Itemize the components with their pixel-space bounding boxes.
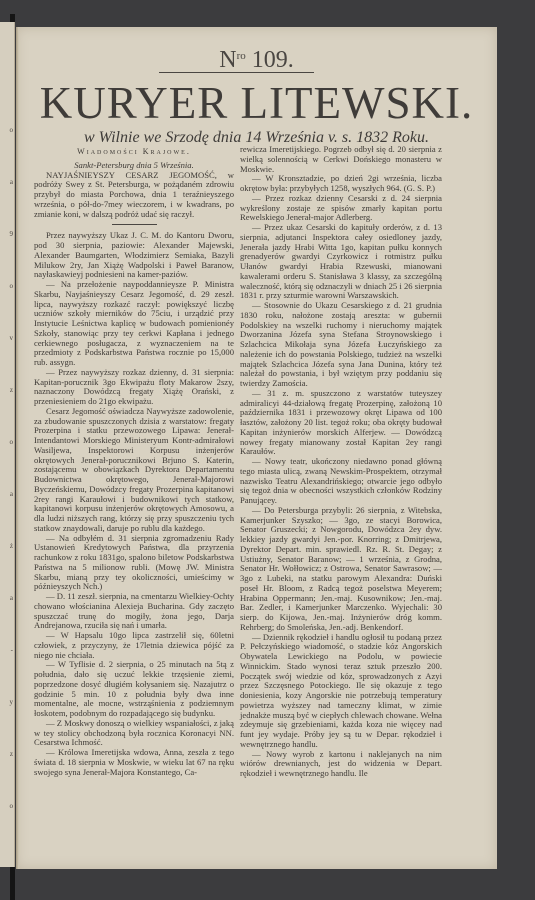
issue-number-value: 109. <box>252 47 294 73</box>
gutter-char: v <box>10 330 14 346</box>
article-paragraph: — W Hapsalu 10go lipca zastrzelił się, 6… <box>34 631 234 660</box>
article-paragraph: — Stosownie do Ukazu Cesarskiego z d. 21… <box>240 301 442 389</box>
article-paragraph: NAYJAŚNIEYSZY CESARZ JEGOMOŚĆ, w podróży… <box>34 171 234 220</box>
gutter-char: z <box>10 746 13 762</box>
masthead-title: KURYER LITEWSKI. <box>16 77 497 129</box>
previous-page-edge: oa9ovzoaża-yzo <box>0 22 15 867</box>
article-paragraph: — W Tyflisie d. 2 sierpnia, o 25 minutac… <box>34 660 234 719</box>
article-paragraph: rewicza Imeretijskiego. Pogrzeb odbył si… <box>240 145 442 174</box>
gutter-char: a <box>10 486 13 502</box>
article-paragraph: — W Kronsztadzie, po dzień 2gi września,… <box>240 174 442 194</box>
gutter-char: o <box>10 122 14 138</box>
gutter-char: ż <box>10 538 13 554</box>
right-column: rewicza Imeretijskiego. Pogrzeb odbył si… <box>240 145 442 779</box>
article-paragraph: — Nowy teatr, ukończony niedawno ponad g… <box>240 457 442 506</box>
article-paragraph: — Na odbyłém d. 31 sierpnia zgromadzeniu… <box>34 534 234 593</box>
article-paragraph: — Przez naywyższy rozkaz dzienny, d. 31 … <box>34 368 234 407</box>
article-paragraph: — D. 11 zeszł. sierpnia, na cmentarzu Wi… <box>34 592 234 631</box>
article-paragraph: — Przez rozkaz dzienny Cesarski z d. 24 … <box>240 194 442 223</box>
gutter-char: a <box>10 174 13 190</box>
article-paragraph: — 31 z. m. spuszczono z warstatów tuteys… <box>240 389 442 457</box>
article-paragraph: — Dziennik rękodzieł i handlu ogłosił tu… <box>240 633 442 750</box>
newspaper-page: Nro 109. KURYER LITEWSKI. w Wilnie we Sr… <box>16 27 497 869</box>
article-paragraph: Cesarz Jegomość oświadcza Naywyższe zado… <box>34 407 234 534</box>
article-paragraph: — Z Moskwy donoszą o wielkiey wspaniałoś… <box>34 719 234 748</box>
gutter-char: 9 <box>10 226 14 242</box>
article-paragraph: — Przez ukaz Cesarski do kapituły orderó… <box>240 223 442 301</box>
left-column: Wiadomości Krajowe. Sankt-Petersburg dni… <box>34 145 234 777</box>
article-paragraph: — Na przełożenie naypoddannieysze P. Min… <box>34 280 234 368</box>
gutter-char: o <box>10 434 14 450</box>
issue-number: Nro 109. <box>16 47 497 74</box>
article-paragraph: Przez naywyższy Ukaz J. C. M. do Kantoru… <box>34 231 234 280</box>
issue-label: N <box>219 47 236 73</box>
section-heading: Wiadomości Krajowe. <box>34 147 234 157</box>
gutter-char: - <box>11 642 13 658</box>
gutter-char: z <box>10 382 13 398</box>
article-paragraph: — Królowa Imeretijska wdowa, Anna, zeszł… <box>34 748 234 777</box>
gutter-char: a <box>10 590 13 606</box>
divider-rule <box>159 72 314 73</box>
article-paragraph: — Nowy wyrob z kartonu i naklejanych na … <box>240 750 442 779</box>
article-paragraph: — Do Petersburga przybyli: 26 sierpnia, … <box>240 506 442 633</box>
page-fold-shadow <box>16 27 19 869</box>
issue-label-suffix: ro <box>237 50 246 62</box>
gutter-char: y <box>10 694 14 710</box>
divider-rule <box>112 224 157 225</box>
gutter-char: o <box>10 798 14 814</box>
gutter-char: o <box>10 278 14 294</box>
